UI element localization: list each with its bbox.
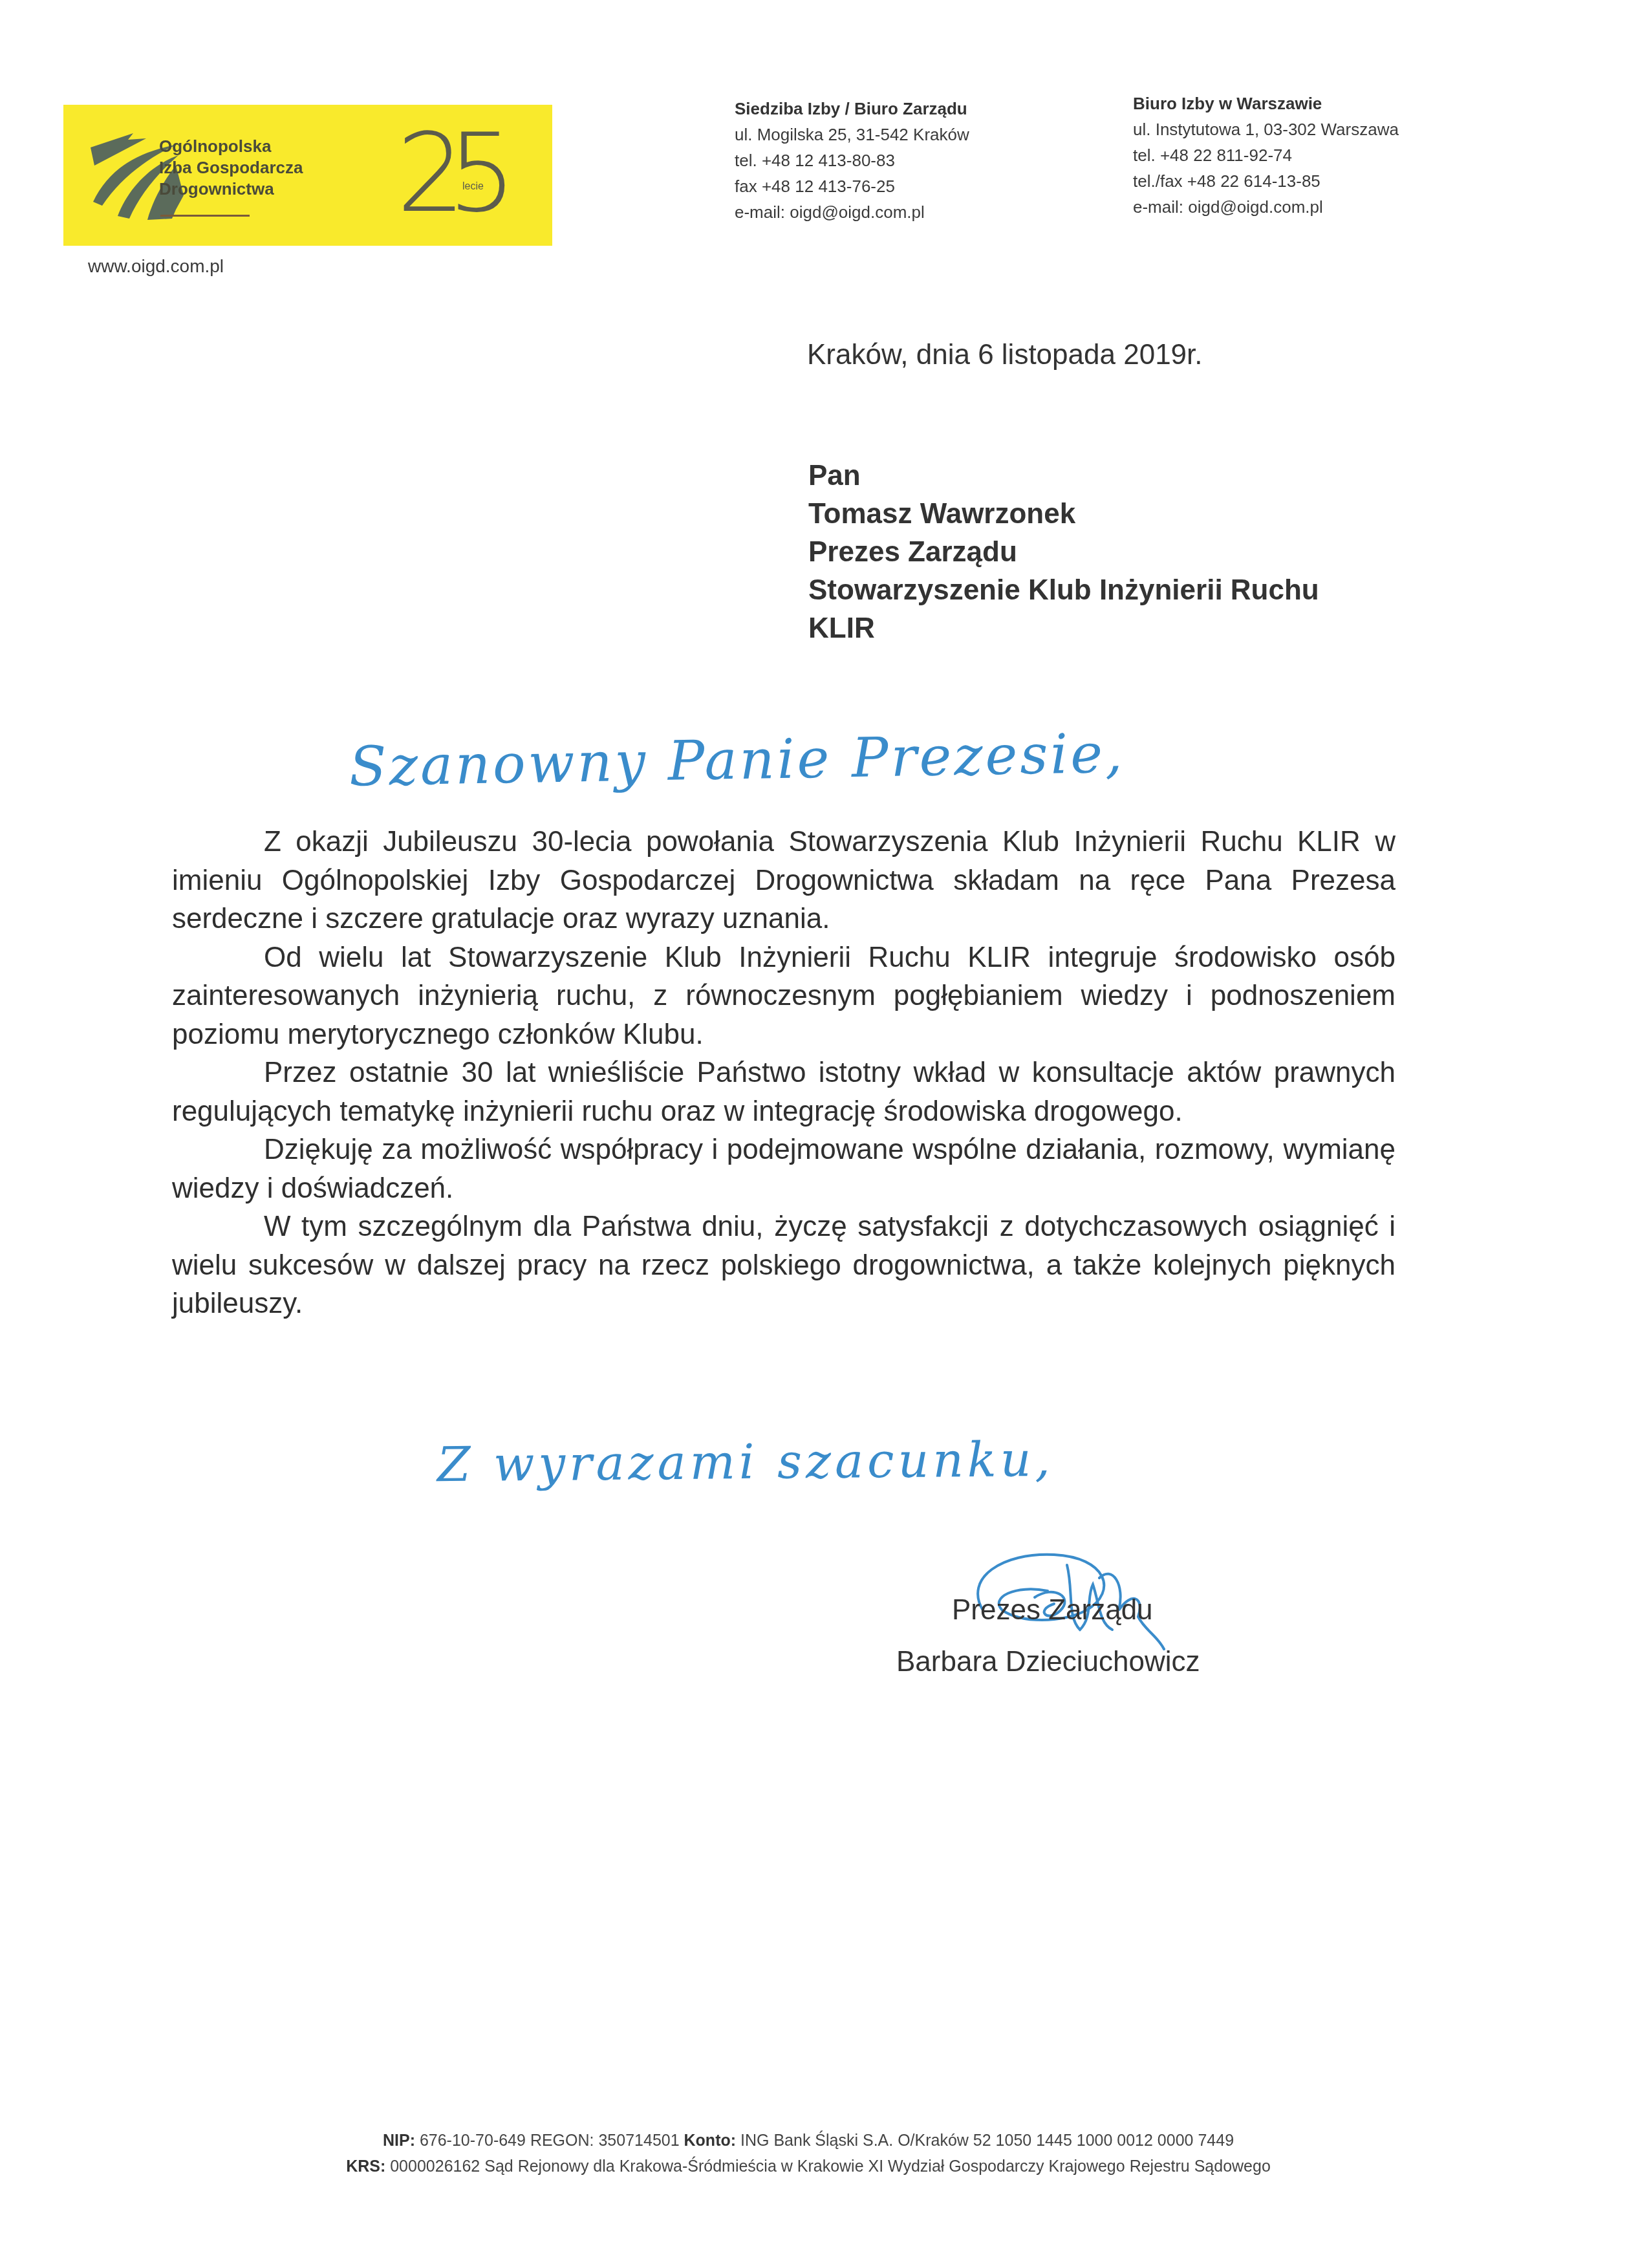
anniversary-label: lecie — [462, 181, 484, 193]
organization-name: Ogólnopolska Izba Gospodarcza Drogownict… — [159, 136, 303, 200]
krs-value: 0000026162 Sąd Rejonowy dla Krakowa-Śród… — [390, 2157, 1271, 2176]
office-phone: tel. +48 12 413-80-83 — [735, 147, 969, 173]
office-email[interactable]: e-mail: oigd@oigd.com.pl — [1133, 194, 1399, 220]
paragraph: Dziękuję za możliwość współpracy i podej… — [172, 1130, 1396, 1207]
letter-body: Z okazji Jubileuszu 30-lecia powołania S… — [172, 823, 1396, 1323]
logo-line: Ogólnopolska — [159, 136, 303, 157]
signature-block: Prezes Zarządu Barbara Dzieciuchowicz — [896, 1584, 1200, 1688]
logo: Ogólnopolska Izba Gospodarcza Drogownict… — [63, 105, 552, 246]
recipient-line: KLIR — [808, 609, 1319, 647]
handwritten-salutation: Szanowny Panie Prezesie, — [349, 722, 1125, 799]
office-headquarters: Siedziba Izby / Biuro Zarządu ul. Mogils… — [735, 96, 969, 225]
recipient-line: Tomasz Wawrzonek — [808, 495, 1319, 533]
office-fax: fax +48 12 413-76-25 — [735, 173, 969, 199]
nip-label: NIP: — [383, 2132, 415, 2150]
office-address: ul. Mogilska 25, 31-542 Kraków — [735, 122, 969, 147]
krs-label: KRS: — [346, 2157, 385, 2176]
office-warsaw: Biuro Izby w Warszawie ul. Instytutowa 1… — [1133, 91, 1399, 220]
handwritten-closing: Z wyrazami szacunku, — [437, 1432, 1055, 1493]
office-email[interactable]: e-mail: oigd@oigd.com.pl — [735, 199, 969, 225]
recipient-line: Prezes Zarządu — [808, 533, 1319, 571]
letter-date: Kraków, dnia 6 listopada 2019r. — [807, 339, 1203, 371]
account-label: Konto: — [684, 2132, 737, 2150]
regon-label: REGON: — [530, 2132, 594, 2150]
paragraph: W tym szczególnym dla Państwa dniu, życz… — [172, 1207, 1396, 1323]
signatory-name: Barbara Dzieciuchowicz — [896, 1636, 1200, 1688]
office-phone: tel. +48 22 811-92-74 — [1133, 142, 1399, 168]
company-footer: NIP: 676-10-70-649 REGON: 350714501 Kont… — [194, 2128, 1423, 2179]
paragraph: Przez ostatnie 30 lat wnieśliście Państw… — [172, 1053, 1396, 1130]
logo-line: Drogownictwa — [159, 178, 303, 200]
office-title: Biuro Izby w Warszawie — [1133, 91, 1399, 116]
recipient-line: Pan — [808, 457, 1319, 495]
logo-line: Izba Gospodarcza — [159, 157, 303, 178]
footer-line-2: KRS: 0000026162 Sąd Rejonowy dla Krakowa… — [194, 2154, 1423, 2179]
nip-value: 676-10-70-649 — [420, 2132, 526, 2150]
account-value: ING Bank Śląski S.A. O/Kraków 52 1050 14… — [740, 2132, 1234, 2150]
anniversary-number: 25 — [396, 119, 499, 228]
office-address: ul. Instytutowa 1, 03-302 Warszawa — [1133, 116, 1399, 142]
regon-value: 350714501 — [598, 2132, 679, 2150]
logo-divider — [160, 215, 250, 217]
recipient-line: Stowarzyszenie Klub Inżynierii Ruchu — [808, 571, 1319, 609]
office-title: Siedziba Izby / Biuro Zarządu — [735, 96, 969, 122]
footer-line-1: NIP: 676-10-70-649 REGON: 350714501 Kont… — [194, 2128, 1423, 2154]
anniversary-badge: 25 lecie — [396, 131, 506, 234]
office-fax: tel./fax +48 22 614-13-85 — [1133, 168, 1399, 194]
recipient-block: Pan Tomasz Wawrzonek Prezes Zarządu Stow… — [808, 457, 1319, 647]
signatory-role: Prezes Zarządu — [896, 1584, 1200, 1636]
website-link[interactable]: www.oigd.com.pl — [88, 256, 224, 277]
paragraph: Od wielu lat Stowarzyszenie Klub Inżynie… — [172, 938, 1396, 1054]
paragraph: Z okazji Jubileuszu 30-lecia powołania S… — [172, 823, 1396, 938]
